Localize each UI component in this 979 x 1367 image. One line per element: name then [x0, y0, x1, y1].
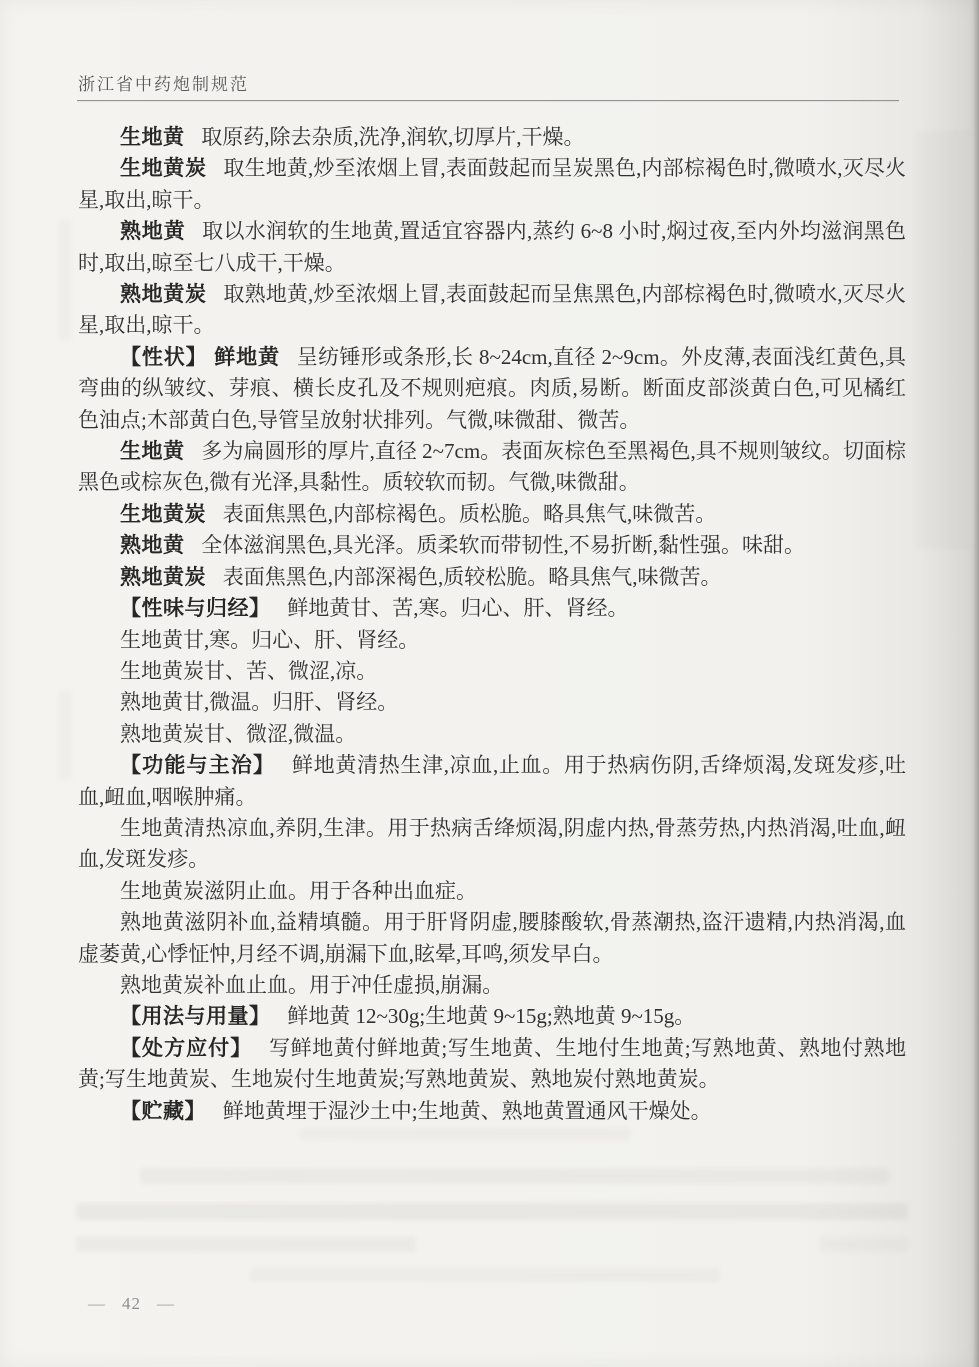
- paragraph-text: 熟地黄滋阴补血,益精填髓。用于肝肾阴虚,腰膝酸软,骨蒸潮热,盗汗遗精,内热消渴,…: [78, 910, 906, 965]
- paragraph-label: 【功能与主治】: [120, 754, 275, 777]
- paragraph-text: 生地黄炭甘、苦、微涩,凉。: [120, 659, 377, 683]
- paragraph: 熟地黄取以水润软的生地黄,置适宜容器内,蒸约 6~8 小时,焖过夜,至内外均滋润…: [78, 216, 906, 279]
- bleedthrough-mark: [820, 1237, 908, 1252]
- paragraph: 【贮藏】鲜地黄埋于湿沙土中;生地黄、熟地黄置通风干燥处。: [78, 1096, 906, 1127]
- page-number: 42: [122, 1294, 141, 1314]
- paragraph-text: 熟地黄炭补血止血。用于冲任虚损,崩漏。: [120, 973, 503, 997]
- paragraph-text: 生地黄清热凉血,养阴,生津。用于热病舌绛烦渴,阴虚内热,骨蒸劳热,内热消渴,吐血…: [78, 816, 906, 871]
- paragraph-label: 熟地黄炭: [120, 566, 206, 589]
- paragraph-text: 鲜地黄埋于湿沙土中;生地黄、熟地黄置通风干燥处。: [223, 1099, 712, 1123]
- paragraph: 熟地黄甘,微温。归肝、肾经。: [78, 687, 906, 718]
- paragraph-text: 多为扁圆形的厚片,直径 2~7cm。表面灰棕色至黑褐色,具不规则皱纹。切面棕黑色…: [78, 439, 906, 494]
- paragraph-text: 鲜地黄 12~30g;生地黄 9~15g;熟地黄 9~15g。: [287, 1004, 695, 1028]
- paragraph: 【处方应付】写鲜地黄付鲜地黄;写生地黄、生地付生地黄;写熟地黄、熟地付熟地黄;写…: [78, 1033, 906, 1096]
- paragraph-text: 熟地黄炭甘、微涩,微温。: [120, 722, 356, 746]
- page-footer: — 42 —: [88, 1294, 175, 1314]
- paragraph: 生地黄炭表面焦黑色,内部棕褐色。质松脆。略具焦气,味微苦。: [78, 499, 906, 530]
- bleedthrough-mark: [58, 220, 72, 340]
- paragraph-text: 生地黄甘,寒。归心、肝、肾经。: [120, 628, 419, 652]
- paragraph-label: 生地黄炭: [120, 157, 207, 180]
- paragraph: 【性状】 鲜地黄呈纺锤形或条形,长 8~24cm,直径 2~9cm。外皮薄,表面…: [78, 342, 906, 436]
- paragraph: 生地黄取原药,除去杂质,洗净,润软,切厚片,干燥。: [78, 122, 906, 153]
- bleedthrough-mark: [250, 1268, 720, 1282]
- page-body: 生地黄取原药,除去杂质,洗净,润软,切厚片,干燥。生地黄炭取生地黄,炒至浓烟上冒…: [78, 122, 906, 1127]
- paragraph: 熟地黄炭取熟地黄,炒至浓烟上冒,表面鼓起而呈焦黑色,内部棕褐色时,微喷水,灭尽火…: [78, 279, 906, 342]
- paragraph-text: 鲜地黄甘、苦,寒。归心、肝、肾经。: [287, 596, 628, 620]
- paragraph-text: 生地黄炭滋阴止血。用于各种出血症。: [120, 879, 477, 903]
- paragraph-text: 全体滋润黑色,具光泽。质柔软而带韧性,不易折断,黏性强。味甜。: [201, 533, 805, 557]
- header-rule: [77, 100, 899, 101]
- paragraph: 熟地黄炭表面焦黑色,内部深褐色,质较松脆。略具焦气,味微苦。: [78, 562, 906, 593]
- paragraph: 熟地黄炭甘、微涩,微温。: [78, 719, 906, 750]
- footer-dash-left: —: [88, 1294, 106, 1314]
- paragraph-text: 取原药,除去杂质,洗净,润软,切厚片,干燥。: [201, 125, 584, 149]
- paragraph-label: 熟地黄: [120, 220, 185, 243]
- paragraph-text: 表面焦黑色,内部深褐色,质较松脆。略具焦气,味微苦。: [223, 565, 722, 589]
- page-edge-shadow: [973, 0, 979, 1367]
- paragraph-label: 【性状】 鲜地黄: [120, 346, 280, 369]
- bleedthrough-mark: [300, 1128, 630, 1140]
- footer-dash-right: —: [157, 1294, 175, 1314]
- bleedthrough-mark: [915, 130, 970, 550]
- book-page: 浙江省中药炮制规范 生地黄取原药,除去杂质,洗净,润软,切厚片,干燥。生地黄炭取…: [0, 0, 979, 1367]
- paragraph: 生地黄炭滋阴止血。用于各种出血症。: [78, 876, 906, 907]
- paragraph: 生地黄甘,寒。归心、肝、肾经。: [78, 625, 906, 656]
- paragraph: 生地黄清热凉血,养阴,生津。用于热病舌绛烦渴,阴虚内热,骨蒸劳热,内热消渴,吐血…: [78, 813, 906, 876]
- paragraph-label: 【处方应付】: [120, 1037, 252, 1060]
- paragraph-label: 【用法与用量】: [120, 1005, 271, 1028]
- paragraph: 熟地黄滋阴补血,益精填髓。用于肝肾阴虚,腰膝酸软,骨蒸潮热,盗汗遗精,内热消渴,…: [78, 907, 906, 970]
- paragraph-text: 表面焦黑色,内部棕褐色。质松脆。略具焦气,味微苦。: [223, 502, 717, 526]
- paragraph-text: 取以水润软的生地黄,置适宜容器内,蒸约 6~8 小时,焖过夜,至内外均滋润黑色时…: [78, 219, 906, 274]
- paragraph: 【功能与主治】鲜地黄清热生津,凉血,止血。用于热病伤阴,舌绛烦渴,发斑发疹,吐血…: [78, 750, 906, 813]
- paragraph-label: 生地黄: [120, 126, 185, 149]
- paragraph-label: 熟地黄炭: [120, 283, 207, 306]
- paragraph-label: 【性味与归经】: [120, 597, 271, 620]
- paragraph: 【性味与归经】鲜地黄甘、苦,寒。归心、肝、肾经。: [78, 593, 906, 624]
- paragraph: 生地黄多为扁圆形的厚片,直径 2~7cm。表面灰棕色至黑褐色,具不规则皱纹。切面…: [78, 436, 906, 499]
- paragraph-label: 【贮藏】: [120, 1100, 206, 1123]
- paragraph: 【用法与用量】鲜地黄 12~30g;生地黄 9~15g;熟地黄 9~15g。: [78, 1001, 906, 1032]
- bleedthrough-mark: [140, 1168, 890, 1184]
- paragraph: 生地黄炭取生地黄,炒至浓烟上冒,表面鼓起而呈炭黑色,内部棕褐色时,微喷水,灭尽火…: [78, 153, 906, 216]
- paragraph: 熟地黄炭补血止血。用于冲任虚损,崩漏。: [78, 970, 906, 1001]
- paragraph-label: 熟地黄: [120, 534, 185, 557]
- running-header: 浙江省中药炮制规范: [78, 70, 249, 95]
- bleedthrough-mark: [76, 1237, 416, 1252]
- paragraph-text: 熟地黄甘,微温。归肝、肾经。: [120, 690, 398, 714]
- paragraph: 熟地黄全体滋润黑色,具光泽。质柔软而带韧性,不易折断,黏性强。味甜。: [78, 530, 906, 561]
- paragraph: 生地黄炭甘、苦、微涩,凉。: [78, 656, 906, 687]
- bleedthrough-mark: [76, 1203, 908, 1220]
- paragraph-label: 生地黄炭: [120, 503, 206, 526]
- paragraph-label: 生地黄: [120, 440, 185, 463]
- bleedthrough-mark: [58, 690, 72, 780]
